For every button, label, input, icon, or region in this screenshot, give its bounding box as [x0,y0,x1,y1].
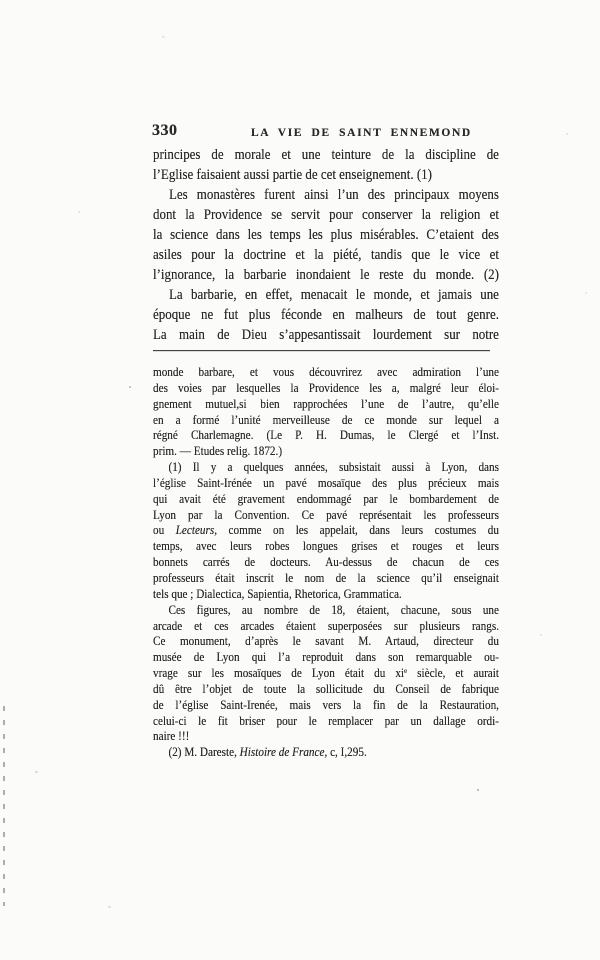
text-line: la science dans les temps les plus misér… [153,225,499,245]
footnote-line: musée de Lyon qui l’a reproduit dans son… [153,650,499,666]
text-line: l’ignorance, la barbarie inondaient le r… [153,265,499,285]
footnote-italic: Lecteurs [176,523,215,537]
footnote-line: vrage sur les mosaïques de Lyon était du… [153,666,499,682]
main-text: principes de morale et une teinture de l… [153,145,499,345]
scan-speck [129,386,131,388]
footnote-text: (2) M. Dareste, [168,745,239,759]
scan-speck [477,789,479,791]
scan-speck [108,906,111,908]
scan-edge-artifact [3,706,5,906]
footnote-line: celui-ci le fit briser pour le remplacer… [153,714,499,730]
footnote-text: ou [153,523,176,537]
text-line: asiles pour la doctrine et la piété, tan… [153,245,499,265]
footnote-text: vrage sur les mosaïques de Lyon était du… [153,666,404,680]
footnote-line: Ces figures, au nombre de 18, étaient, c… [153,603,499,619]
footnote-line: tels que ; Dialectica, Sapientia, Rhetor… [153,587,499,603]
scan-speck [585,292,587,294]
running-head: 330 LA VIE DE SAINT ENNEMOND [0,0,600,150]
footnote-line: gnement mutuel,si bien rapprochées l’une… [153,397,499,413]
footnote-text: , comme on les appelait, dans leurs cost… [214,523,499,537]
footnote-line: l’église Saint-Irénée un pavé mosaïque d… [153,476,499,492]
footnote-line: des voies par lesquelles la Providence l… [153,381,499,397]
footnote-line: dû être l’objet de toute la sollicitude … [153,682,499,698]
footnote-text: siècle, et aurait [407,666,499,680]
text-line: Les monastères furent ainsi l’un des pri… [153,185,499,205]
footnote-line: bonnets carrés de docteurs. Au-dessus de… [153,555,499,571]
footnote-text: c, I,295. [327,745,366,759]
text-line: l’Eglise faisaient aussi partie de cet e… [153,165,499,185]
footnote-line: régné Charlemagne. (Le P. H. Dumas, le C… [153,428,499,444]
scan-speck [78,211,80,213]
footnote-line: Lyon par la Convention. Ce pavé représen… [153,508,499,524]
text-line: La main de Dieu s’appesantissait lourdem… [153,325,499,345]
scan-speck [35,771,38,773]
footnote-line: (1) Il y a quelques années, subsistait a… [153,460,499,476]
footnote-line: ou Lecteurs, comme on les appelait, dans… [153,523,499,539]
text-line: dont la Providence se servit pour conser… [153,205,499,225]
footnote-separator [153,350,490,351]
running-title: LA VIE DE SAINT ENNEMOND [251,127,472,139]
scan-speck [540,634,542,636]
footnote-line: monde barbare, et vous découvrirez avec … [153,365,499,381]
footnote-line: arcade et ces arcades étaient superposée… [153,619,499,635]
footnote-line: professeurs était inscrit le nom de la s… [153,571,499,587]
footnote-line: qui avait été gravement endommagé par le… [153,492,499,508]
page-number: 330 [152,122,178,140]
footnote-line: naire !!! [153,729,499,745]
footnote-line: temps, avec leurs robes longues grises e… [153,539,499,555]
footnote-line: de l’église Saint-Irenée, mais vers la f… [153,698,499,714]
footnote-line: Ce monument, d’après le savant M. Artaud… [153,634,499,650]
text-line: La barbarie, en effet, menacait le monde… [153,285,499,305]
text-line: époque ne fut plus féconde en malheurs d… [153,305,499,325]
footnote-line: en a formé l’unité merveilleuse de ce mo… [153,413,499,429]
footnotes: monde barbare, et vous découvrirez avec … [153,365,499,761]
book-page: 330 LA VIE DE SAINT ENNEMOND principes d… [0,0,600,960]
footnote-italic: Histoire de France, [240,745,328,759]
footnote-line: prim. — Etudes relig. 1872.) [153,444,499,460]
text-line: principes de morale et une teinture de l… [153,145,499,165]
footnote-line: (2) M. Dareste, Histoire de France, c, I… [153,745,499,761]
